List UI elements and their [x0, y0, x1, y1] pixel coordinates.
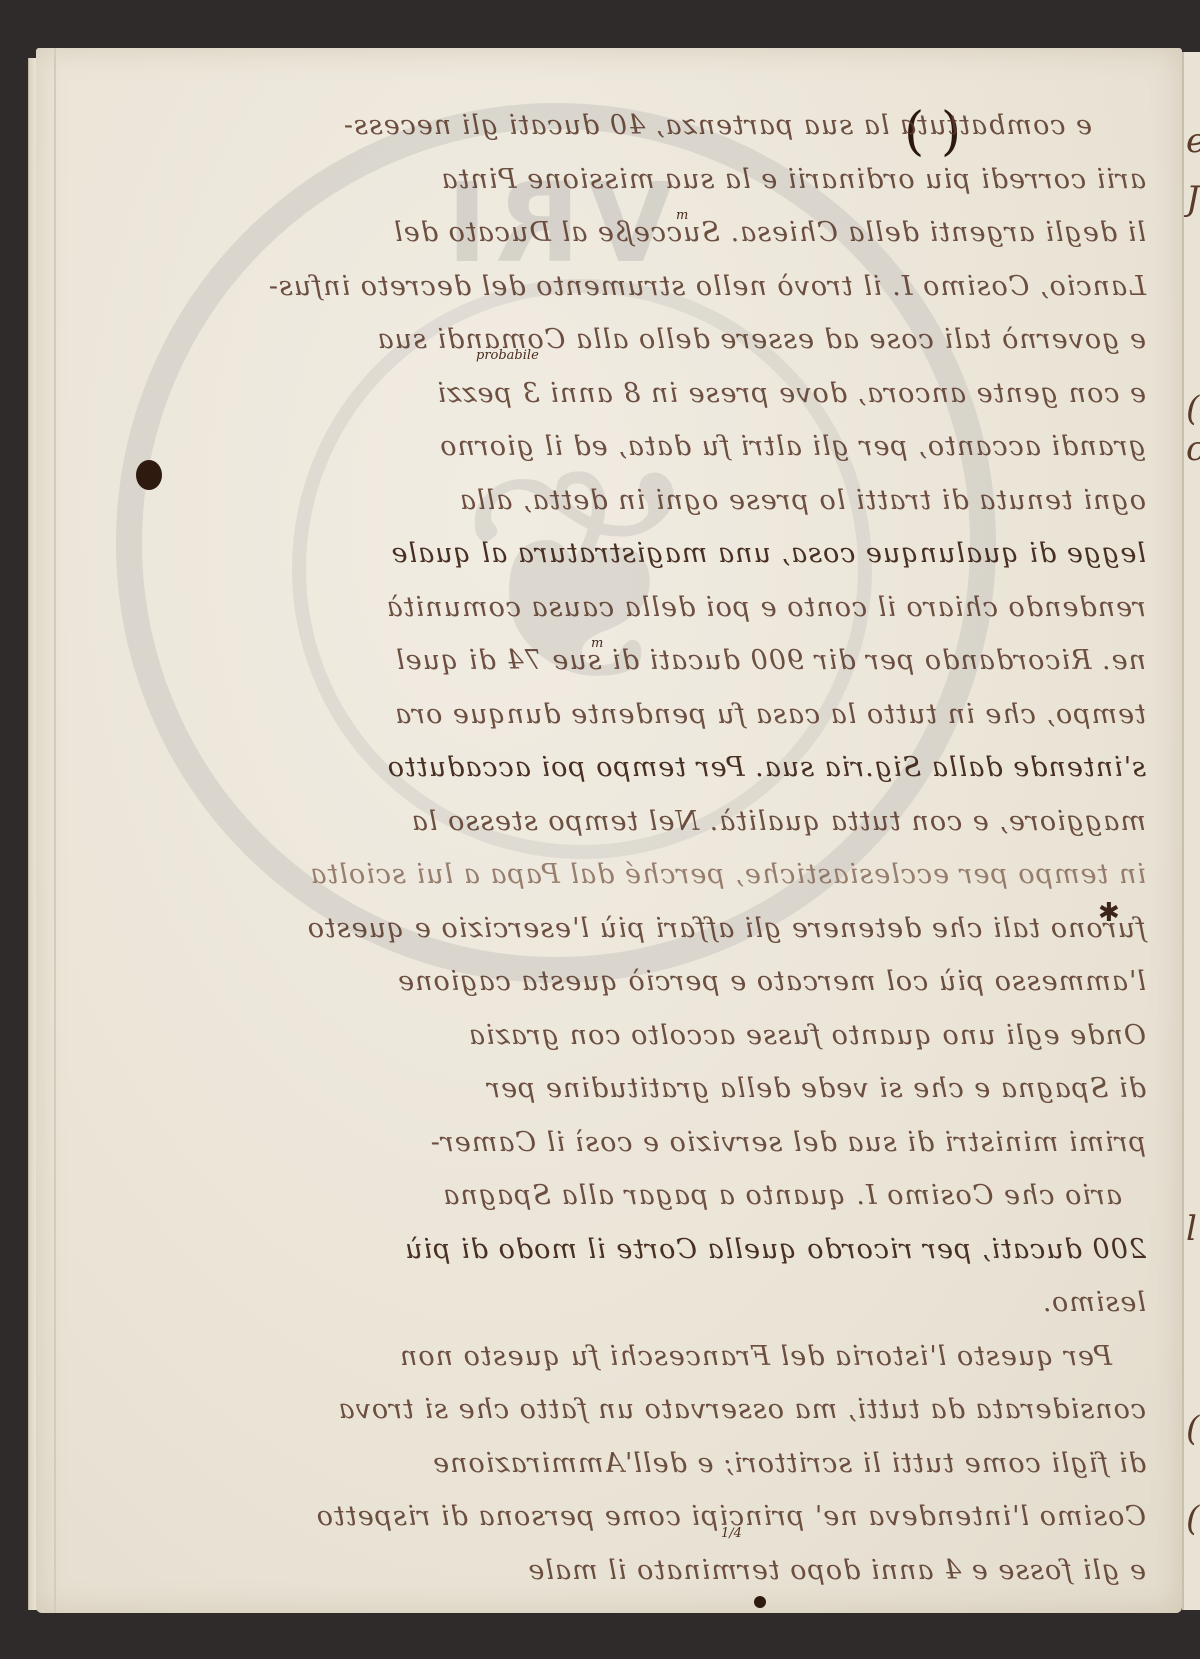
- interlinear-note-4: 1/4: [721, 1526, 742, 1541]
- adjacent-glyph: J: [1186, 182, 1200, 216]
- adjacent-page-edge: e J ( c l ( (: [1182, 52, 1200, 1610]
- interlinear-note-3: m: [591, 636, 603, 651]
- mirrored-text-block-lower: [36, 48, 1182, 1613]
- interlinear-note-2: probabile: [476, 348, 539, 363]
- ink-blot-mark: [136, 460, 162, 490]
- manuscript-page: VRI ❦ ( ) e combattuta la sua partenza, …: [36, 48, 1182, 1613]
- adjacent-glyph: (: [1186, 1502, 1199, 1536]
- adjacent-glyph: l: [1186, 1212, 1197, 1246]
- adjacent-glyph: c: [1186, 432, 1200, 466]
- adjacent-glyph: e: [1186, 124, 1200, 158]
- adjacent-glyph: (: [1186, 1412, 1199, 1446]
- ink-dot-mark: [754, 1596, 766, 1608]
- interlinear-note-1: m: [676, 208, 688, 223]
- adjacent-glyph: (: [1186, 392, 1199, 426]
- asterisk-mark: ✱: [1098, 898, 1120, 928]
